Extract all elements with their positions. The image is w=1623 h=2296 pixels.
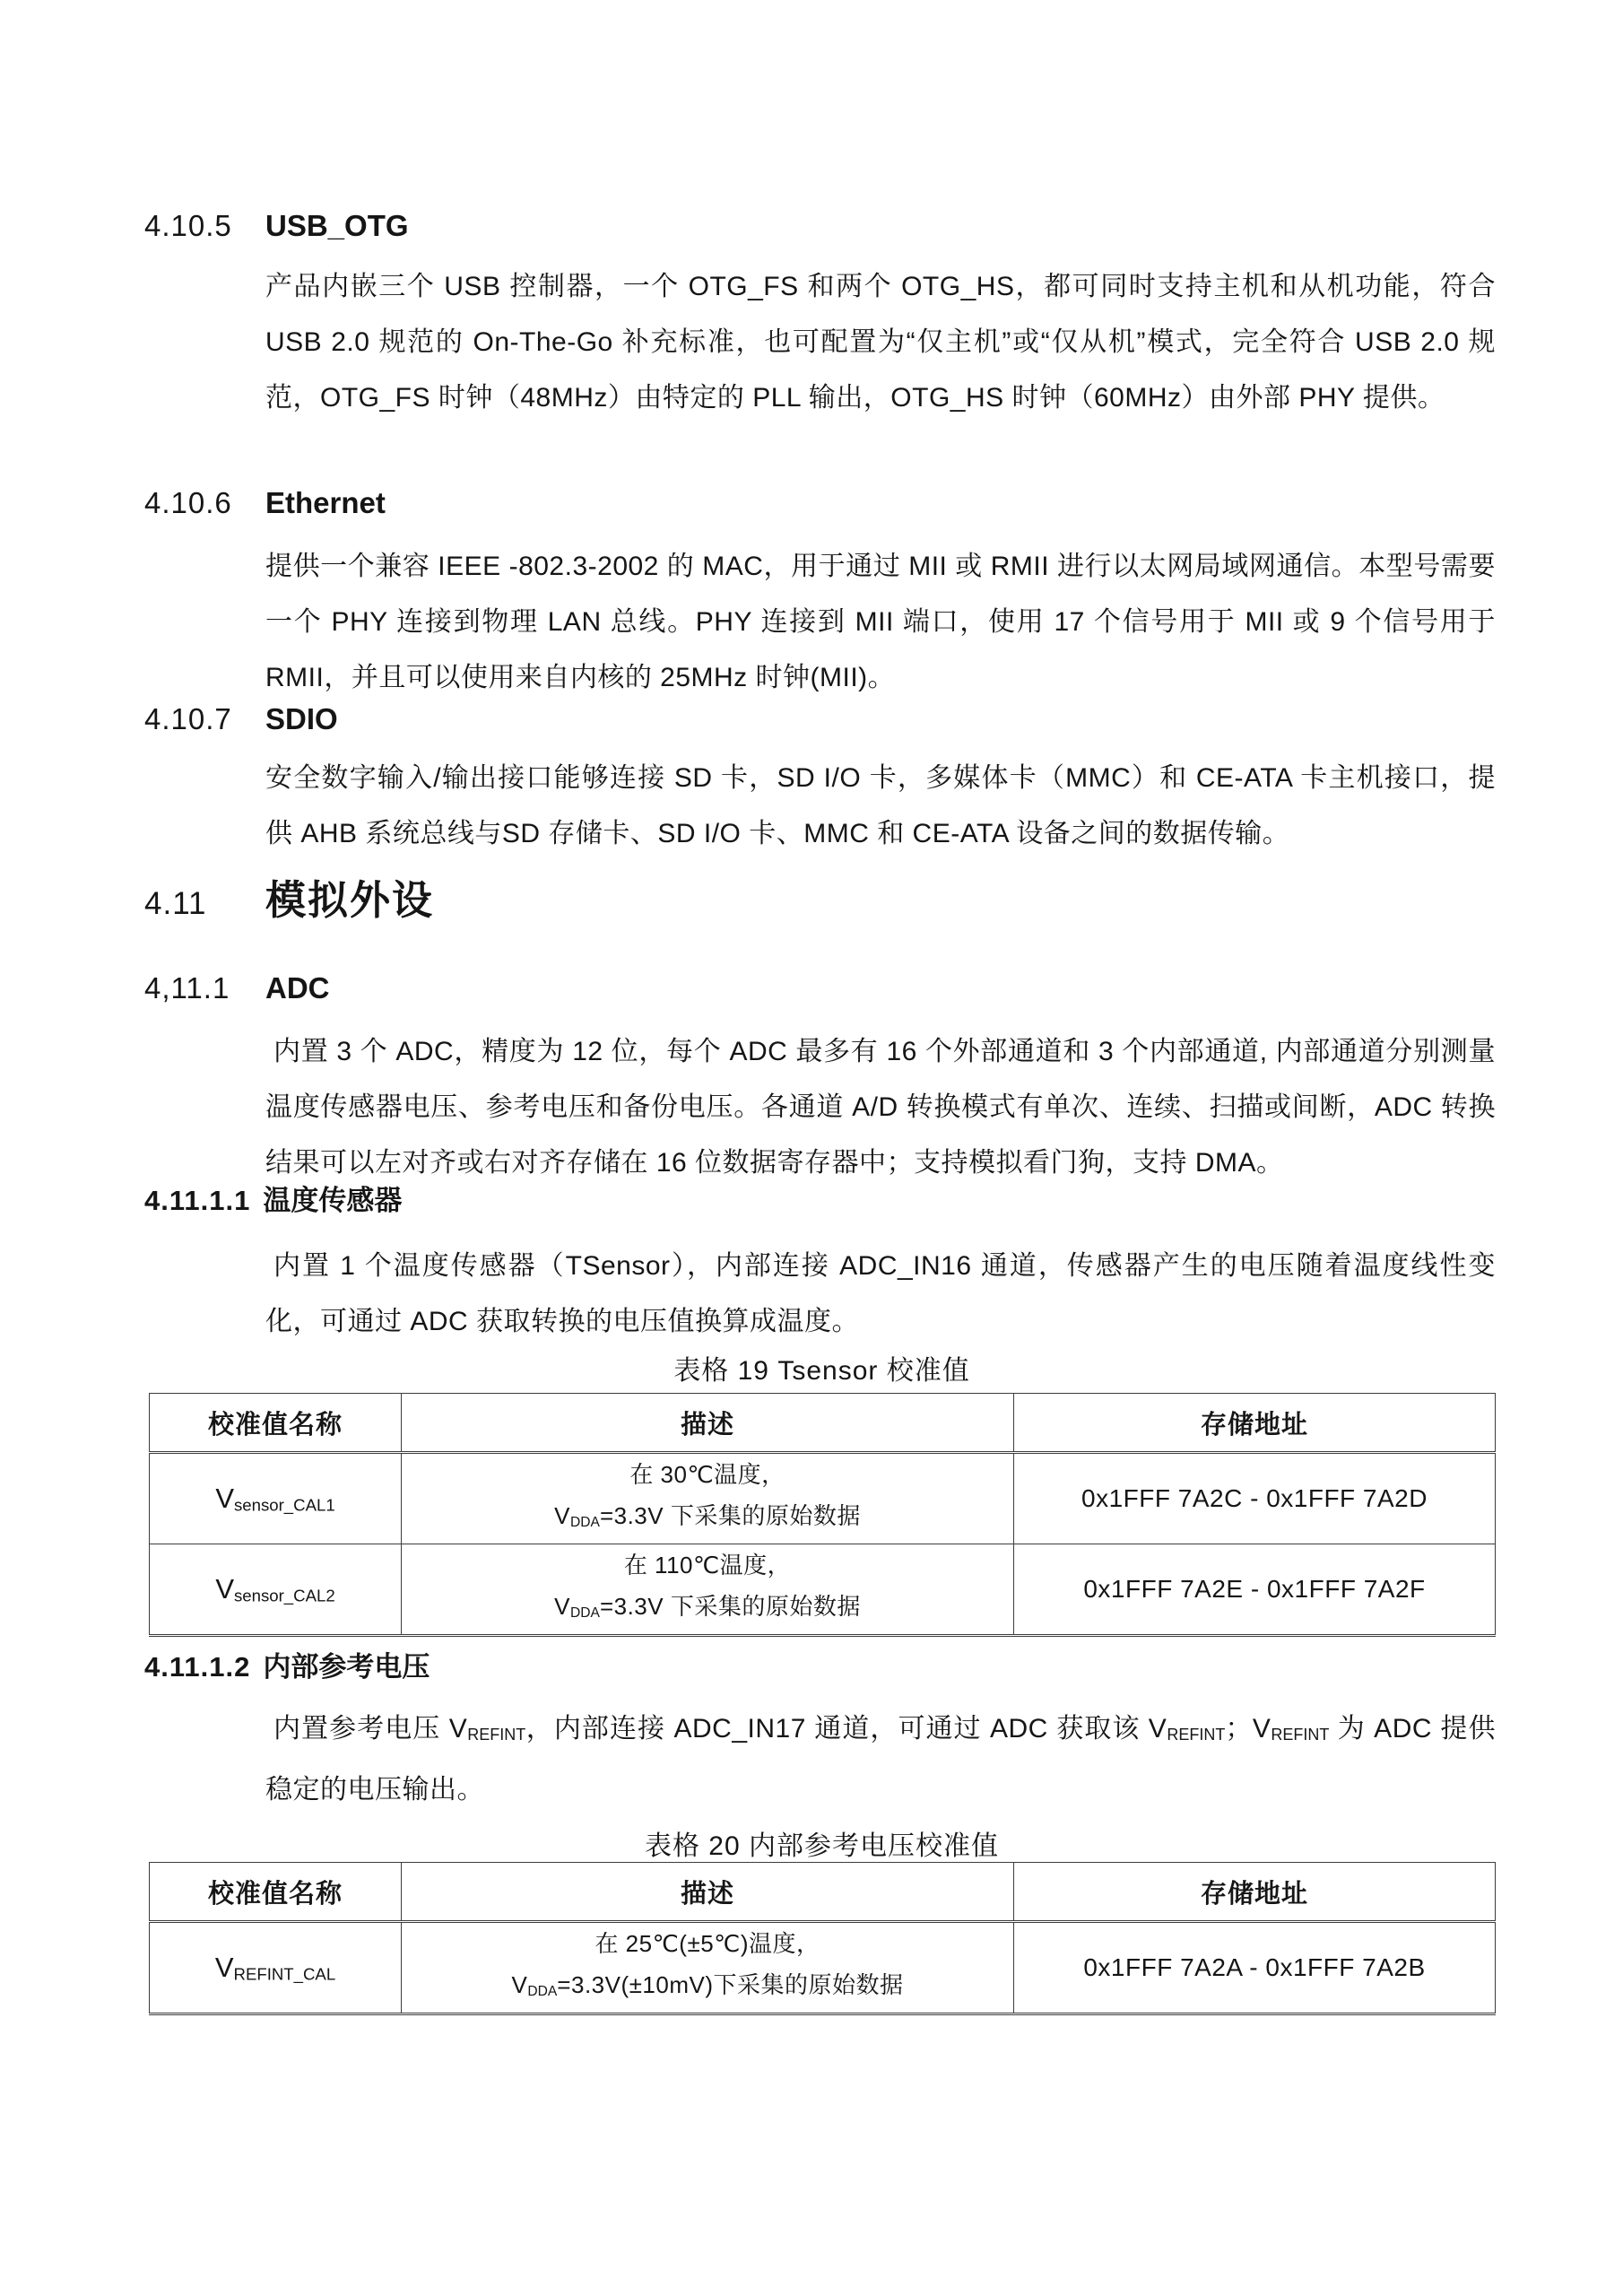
- description-line: 在 25℃(±5℃)温度，: [402, 1923, 1013, 1964]
- cal-value-name: VREFINT_CAL: [150, 1922, 402, 2014]
- section-title: 内部参考电压: [263, 1651, 430, 1683]
- heading-internal-reference-voltage: 4.11.1.2内部参考电压: [144, 1650, 430, 1684]
- cal-value-name: Vsensor_CAL1: [150, 1453, 402, 1544]
- section-title: Ethernet: [265, 484, 386, 522]
- table19-header-description: 描述: [402, 1394, 1014, 1453]
- table-row: Vsensor_CAL1 在 30℃温度， VDDA=3.3V 下采集的原始数据…: [150, 1453, 1496, 1544]
- section-number: 4.10.5: [144, 207, 265, 245]
- storage-address: 0x1FFF 7A2A - 0x1FFF 7A2B: [1014, 1922, 1496, 2014]
- description-line: 在 110℃温度，: [402, 1544, 1013, 1586]
- cal-value-description: 在 25℃(±5℃)温度， VDDA=3.3V(±10mV)下采集的原始数据: [402, 1922, 1014, 2014]
- tsensor-calibration-table: 校准值名称 描述 存储地址 Vsensor_CAL1 在 30℃温度， VDDA…: [149, 1393, 1496, 1637]
- table19-caption: 表格 19 Tsensor 校准值: [149, 1354, 1495, 1388]
- table20-header-address: 存储地址: [1014, 1863, 1496, 1922]
- heading-temperature-sensor: 4.11.1.1温度传感器: [144, 1184, 402, 1218]
- storage-address: 0x1FFF 7A2E - 0x1FFF 7A2F: [1014, 1544, 1496, 1635]
- cal-value-description: 在 110℃温度， VDDA=3.3V 下采集的原始数据: [402, 1544, 1014, 1635]
- table20-caption: 表格 20 内部参考电压校准值: [149, 1830, 1495, 1864]
- table20-header-description: 描述: [402, 1863, 1014, 1922]
- section-title: ADC: [265, 970, 330, 1007]
- section-title: 模拟外设: [265, 877, 434, 924]
- heading-sdio: 4.10.7 SDIO: [144, 700, 338, 738]
- description-line: VDDA=3.3V(±10mV)下采集的原始数据: [402, 1964, 1013, 2013]
- table-row: Vsensor_CAL2 在 110℃温度， VDDA=3.3V 下采集的原始数…: [150, 1544, 1496, 1635]
- description-line: VDDA=3.3V 下采集的原始数据: [402, 1495, 1013, 1544]
- section-number: 4.11.1.1: [144, 1185, 250, 1216]
- section-number: 4.11.1.2: [144, 1651, 250, 1683]
- storage-address: 0x1FFF 7A2C - 0x1FFF 7A2D: [1014, 1453, 1496, 1544]
- section-number: 4.10.7: [144, 700, 265, 738]
- description-line: VDDA=3.3V 下采集的原始数据: [402, 1586, 1013, 1634]
- table20-header-row: 校准值名称 描述 存储地址: [150, 1863, 1496, 1922]
- description-line: 在 30℃温度，: [402, 1454, 1013, 1495]
- table19-header-row: 校准值名称 描述 存储地址: [150, 1394, 1496, 1453]
- datasheet-page: 4.10.5 USB_OTG 产品内嵌三个 USB 控制器，一个 OTG_FS …: [0, 0, 1623, 2296]
- heading-ethernet: 4.10.6 Ethernet: [144, 484, 386, 522]
- vrefint-calibration-table: 校准值名称 描述 存储地址 VREFINT_CAL 在 25℃(±5℃)温度， …: [149, 1862, 1496, 2015]
- heading-adc: 4,11.1 ADC: [144, 970, 330, 1007]
- heading-analog-peripherals: 4.11 模拟外设: [144, 877, 434, 927]
- table20-header-name: 校准值名称: [150, 1863, 402, 1922]
- section-title: SDIO: [265, 700, 338, 738]
- heading-usb-otg: 4.10.5 USB_OTG: [144, 207, 409, 245]
- paragraph-adc: 内置 3 个 ADC，精度为 12 位，每个 ADC 最多有 16 个外部通道和…: [265, 1024, 1496, 1191]
- section-number: 4.11: [144, 881, 265, 927]
- section-title: 温度传感器: [263, 1185, 402, 1216]
- paragraph-usb-otg: 产品内嵌三个 USB 控制器，一个 OTG_FS 和两个 OTG_HS，都可同时…: [265, 259, 1496, 426]
- table19-header-name: 校准值名称: [150, 1394, 402, 1453]
- table19-header-address: 存储地址: [1014, 1394, 1496, 1453]
- cal-value-description: 在 30℃温度， VDDA=3.3V 下采集的原始数据: [402, 1453, 1014, 1544]
- section-number: 4.10.6: [144, 484, 265, 522]
- section-title: USB_OTG: [265, 207, 409, 245]
- section-number: 4,11.1: [144, 970, 265, 1007]
- paragraph-internal-reference-voltage: 内置参考电压 VREFINT，内部连接 ADC_IN17 通道，可通过 ADC …: [265, 1701, 1496, 1818]
- table-row: VREFINT_CAL 在 25℃(±5℃)温度， VDDA=3.3V(±10m…: [150, 1922, 1496, 2014]
- paragraph-ethernet: 提供一个兼容 IEEE -802.3-2002 的 MAC，用于通过 MII 或…: [265, 539, 1496, 706]
- cal-value-name: Vsensor_CAL2: [150, 1544, 402, 1635]
- paragraph-sdio: 安全数字输入/输出接口能够连接 SD 卡，SD I/O 卡，多媒体卡（MMC）和…: [265, 751, 1496, 862]
- paragraph-temperature-sensor: 内置 1 个温度传感器（TSensor），内部连接 ADC_IN16 通道，传感…: [265, 1239, 1496, 1350]
